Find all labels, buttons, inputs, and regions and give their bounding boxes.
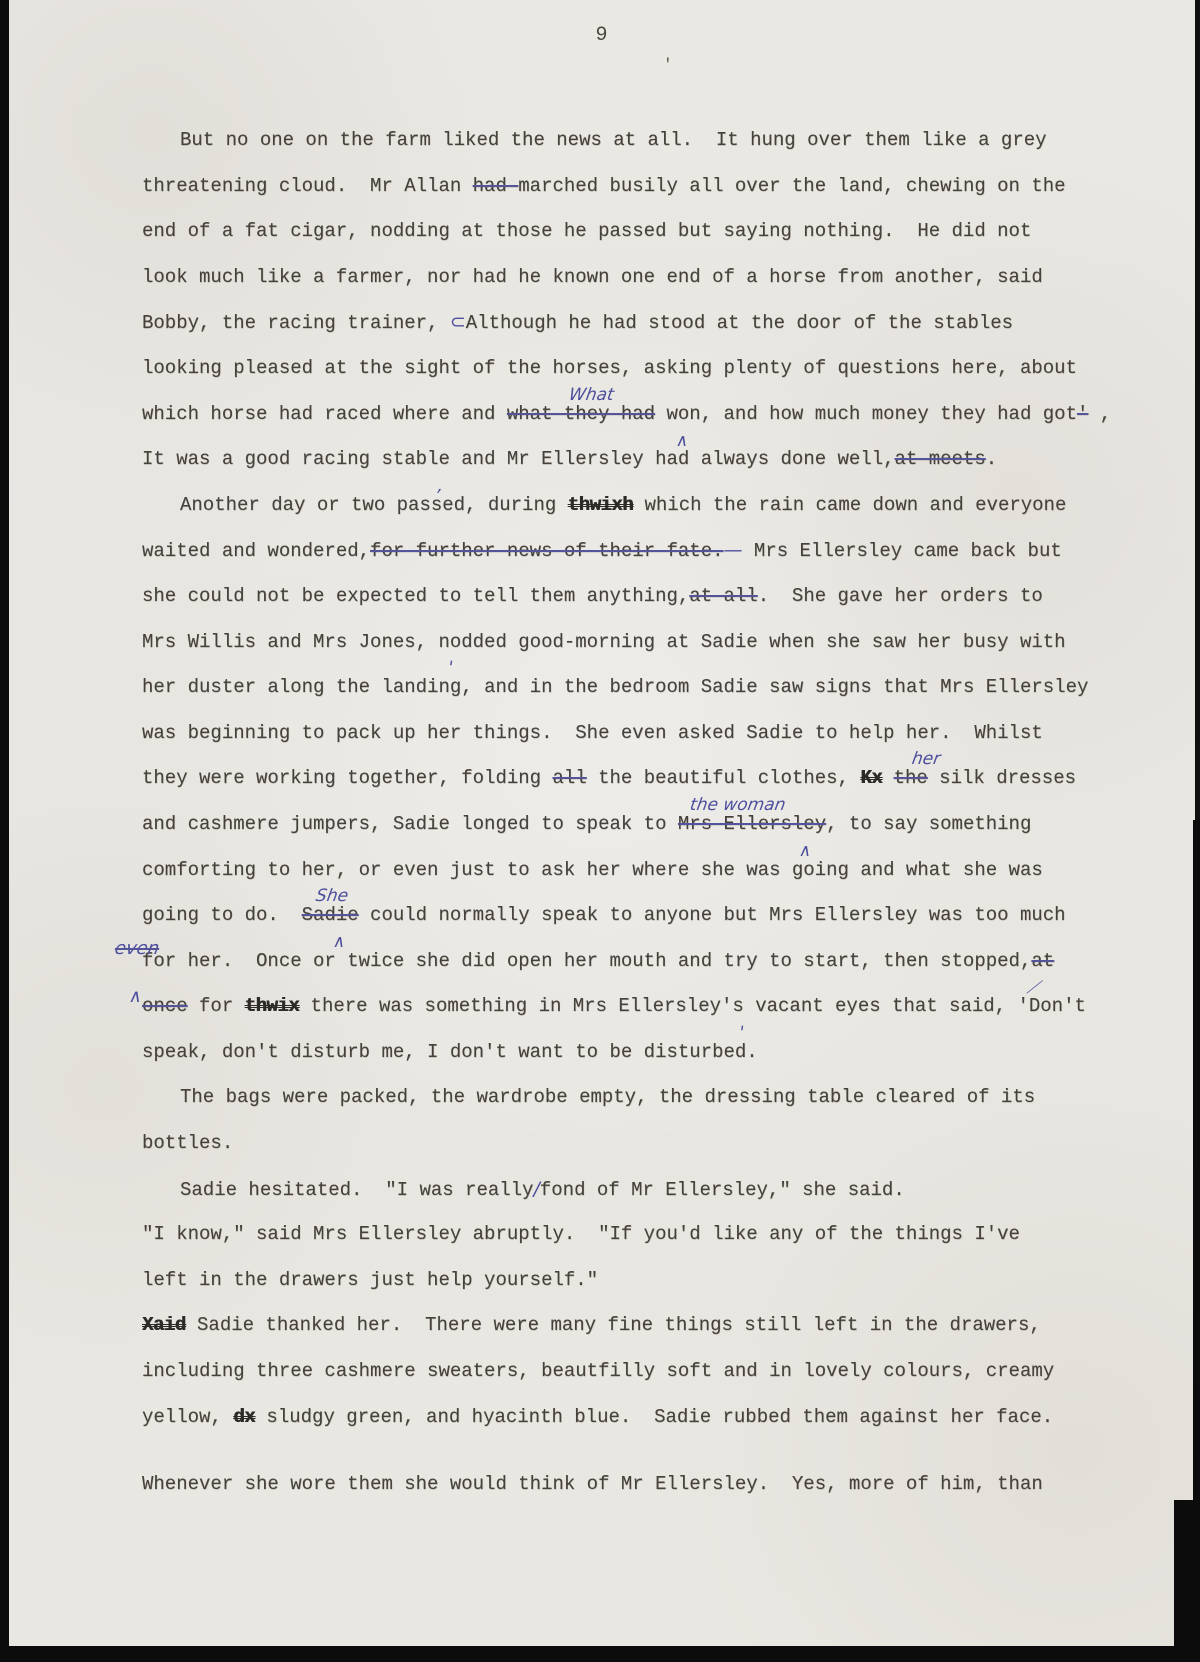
typed-text: Whenever she wore them she would think o… — [142, 1473, 1043, 1495]
photo-edge-right-corner — [1174, 1500, 1200, 1662]
typescript-line: they were working together, folding all … — [142, 756, 1122, 802]
typed-text — [655, 403, 666, 425]
typed-text: Mrs Willis and Mrs Jones, nodded good-mo… — [142, 631, 1066, 653]
typescript-line: waited and wondered,for further news of … — [142, 528, 1122, 574]
typed-text: looking pleased at the sight of the hors… — [142, 357, 1077, 379]
typescript-line: looking pleased at the sight of the hors… — [142, 346, 1122, 392]
typed-text: they were working together, folding — [142, 767, 552, 789]
handwritten-mark: / — [533, 1178, 539, 1200]
typescript-line: Whenever she wore them she would think o… — [142, 1462, 1122, 1508]
typed-text: her duster along the landing' — [142, 676, 461, 698]
typescript-line: which horse had raced where and what the… — [142, 392, 1122, 438]
typed-text: end of a fat cigar, nodding at those he … — [142, 220, 1031, 242]
typed-text: Another day or two passed, during — [180, 494, 568, 516]
handwritten-mark: ⊂ — [450, 311, 466, 333]
edited-typed-text: had- — [473, 175, 519, 197]
edited-typed-text: theher — [894, 767, 928, 789]
stray-typed-mark: ' — [663, 56, 673, 74]
typescript-line: "I know," said Mrs Ellersley abruptly. "… — [142, 1212, 1122, 1258]
typescript-line: The bags were packed, the wardrobe empty… — [142, 1075, 1122, 1121]
typed-text: threatening cloud. Mr Allan — [142, 175, 473, 197]
typescript-line: going to do. SadieShe∧ could normally sp… — [142, 893, 1122, 939]
typescript-line: end of a fat cigar, nodding at those he … — [142, 209, 1122, 255]
typed-text: comforting to her, or even just to ask h… — [142, 859, 1043, 881]
typed-text: could normally speak to anyone but Mrs E… — [359, 904, 1066, 926]
edited-typed-text: for further news of their fate. — [370, 540, 723, 562]
typed-text: there was something in Mrs Ellersley's v… — [299, 995, 1086, 1017]
typed-text: Mrs Ellersley came back but — [743, 540, 1062, 562]
handwritten-insertion: ' — [447, 660, 454, 677]
typed-text: which horse had raced where and — [142, 403, 507, 425]
typed-text: she could not be expected to tell them a… — [142, 585, 689, 607]
typescript-line: bottles. — [142, 1121, 1122, 1167]
typescript-line: was beginning to pack up her things. She… — [142, 711, 1122, 757]
edited-typed-text: once — [142, 995, 188, 1017]
typescript-line: threatening cloud. Mr Allan had-marched … — [142, 164, 1122, 210]
handwritten-insertion: ' — [738, 1025, 745, 1042]
typed-text: yellow, — [142, 1406, 233, 1428]
handwritten-mark: — — [724, 539, 743, 561]
typescript-line: including three cashmere sweaters, beaut… — [142, 1349, 1122, 1395]
typed-text: Bobby, the racing trainer, — [142, 312, 450, 334]
handwritten-insertion: What — [568, 387, 615, 404]
typescript-line: for her. Once or twice she did open her … — [142, 939, 1122, 985]
typescript-line: her duster along the landing', and in th… — [142, 665, 1122, 711]
typed-text: left in the drawers just help yourself." — [142, 1269, 598, 1291]
typed-text: , — [1088, 403, 1111, 425]
typescript-line: Sadie hesitated. "I was really/fond of M… — [142, 1167, 1122, 1213]
typescript-line: once for thwix there was something in Mr… — [142, 984, 1122, 1030]
photo-edge-left — [0, 0, 9, 1662]
typescript-line: left in the drawers just help yourself." — [142, 1258, 1122, 1304]
typed-text: which the rain came down and everyone — [633, 494, 1066, 516]
edited-typed-text: at all — [689, 585, 757, 607]
typed-text: waited and wondered, — [142, 540, 370, 562]
typed-text: Although he had stood at the door of the… — [466, 312, 1013, 334]
typed-text: for her. Once or twice she did open her … — [142, 950, 1031, 972]
typescript-line: Bobby, the racing trainer, ⊂Although he … — [142, 300, 1122, 346]
photo-edge-bottom — [0, 1646, 1200, 1662]
typed-text: going to do. — [142, 904, 302, 926]
typed-text: and cashmere jumpers, Sadie longed to sp… — [142, 813, 678, 835]
typed-text: . — [986, 448, 997, 470]
edited-typed-text: Mrs Ellersleythe woman∧ — [678, 813, 826, 835]
typescript-line: Xaid Sadie thanked her. There were many … — [142, 1303, 1122, 1349]
typescript-text: But no one on the farm liked the news at… — [142, 118, 1122, 1508]
typed-text: was beginning to pack up her things. She… — [142, 722, 1043, 744]
typescript-line: yellow, dx sludgy green, and hyacinth bl… — [142, 1395, 1122, 1441]
edited-typed-text: thwixh — [568, 494, 633, 516]
edited-typed-text: SadieShe∧ — [302, 904, 359, 926]
typed-text: , to say something — [826, 813, 1031, 835]
edited-typed-text: thwix — [245, 995, 300, 1017]
edited-typed-text: ' — [1077, 403, 1088, 425]
typed-text: the beautiful clothes, — [587, 767, 861, 789]
typescript-line: It was a good racing stable, and Mr Elle… — [142, 437, 1122, 483]
edited-typed-text: Xaid — [142, 1314, 186, 1336]
typescript-line: But no one on the farm liked the news at… — [142, 118, 1122, 164]
typescript-line: and cashmere jumpers, Sadie longed to sp… — [142, 802, 1122, 848]
page-number: 9 — [9, 24, 1195, 47]
handwritten-insertion: She — [315, 888, 350, 905]
edited-typed-text: what they hadWhat — [507, 403, 655, 425]
typed-text: and Mr Ellersley had always done well, — [450, 448, 895, 470]
typed-text: won,∧ — [667, 403, 713, 425]
typescript-line: she could not be expected to tell them a… — [142, 574, 1122, 620]
typed-text: The bags were packed, the wardrobe empty… — [180, 1086, 1035, 1108]
typed-text: including three cashmere sweaters, beaut… — [142, 1360, 1054, 1382]
typescript-line: look much like a farmer, nor had he know… — [142, 255, 1122, 301]
typescript-line: comforting to her, or even just to ask h… — [142, 848, 1122, 894]
typed-text: It was a good racing stable, — [142, 448, 450, 470]
handwritten-margin-note: even — [113, 938, 161, 959]
typed-text: bottles. — [142, 1132, 233, 1154]
typed-text: Sadie thanked her. There were many fine … — [186, 1314, 1041, 1336]
typed-text: "I know," said Mrs Ellersley abruptly. "… — [142, 1223, 1020, 1245]
edited-typed-text: at meets — [895, 448, 986, 470]
typed-text: But no one on the farm liked the news at… — [180, 129, 1047, 151]
typescript-line: Mrs Willis and Mrs Jones, nodded good-mo… — [142, 620, 1122, 666]
typed-text — [882, 767, 893, 789]
typed-text: silk dresses — [928, 767, 1076, 789]
edited-typed-text: Kx — [860, 767, 882, 789]
typed-text: . She gave her orders to — [758, 585, 1043, 607]
typed-text: sludgy green, and hyacinth blue. Sadie r… — [255, 1406, 1053, 1428]
typed-text: marched busily all over the land, chewin… — [518, 175, 1065, 197]
typed-text: for — [188, 995, 245, 1017]
handwritten-caret: ∧ — [674, 433, 689, 450]
typed-text: Sadie hesitated. "I was really — [180, 1179, 533, 1201]
edited-typed-text: dx — [233, 1406, 255, 1428]
handwritten-insertion: the woman — [688, 797, 786, 814]
handwritten-insertion: her — [911, 751, 942, 768]
typed-text: , and in the bedroom Sadie saw signs tha… — [461, 676, 1088, 698]
typed-text: speak, don't disturb me, I don't want to… — [142, 1041, 758, 1063]
typescript-line: Another day or two passed, during thwixh… — [142, 483, 1122, 529]
edited-typed-text: all — [552, 767, 586, 789]
manuscript-page: 9 ' But no one on the farm liked the new… — [9, 0, 1195, 1646]
typed-text: fond of Mr Ellersley," she said. — [540, 1179, 905, 1201]
typed-text: and how much money they had got — [712, 403, 1077, 425]
typescript-line: speak, don't disturb me, I don't want to… — [142, 1030, 1122, 1076]
typed-text: look much like a farmer, nor had he know… — [142, 266, 1043, 288]
edited-typed-text: at⟋ — [1031, 950, 1054, 972]
